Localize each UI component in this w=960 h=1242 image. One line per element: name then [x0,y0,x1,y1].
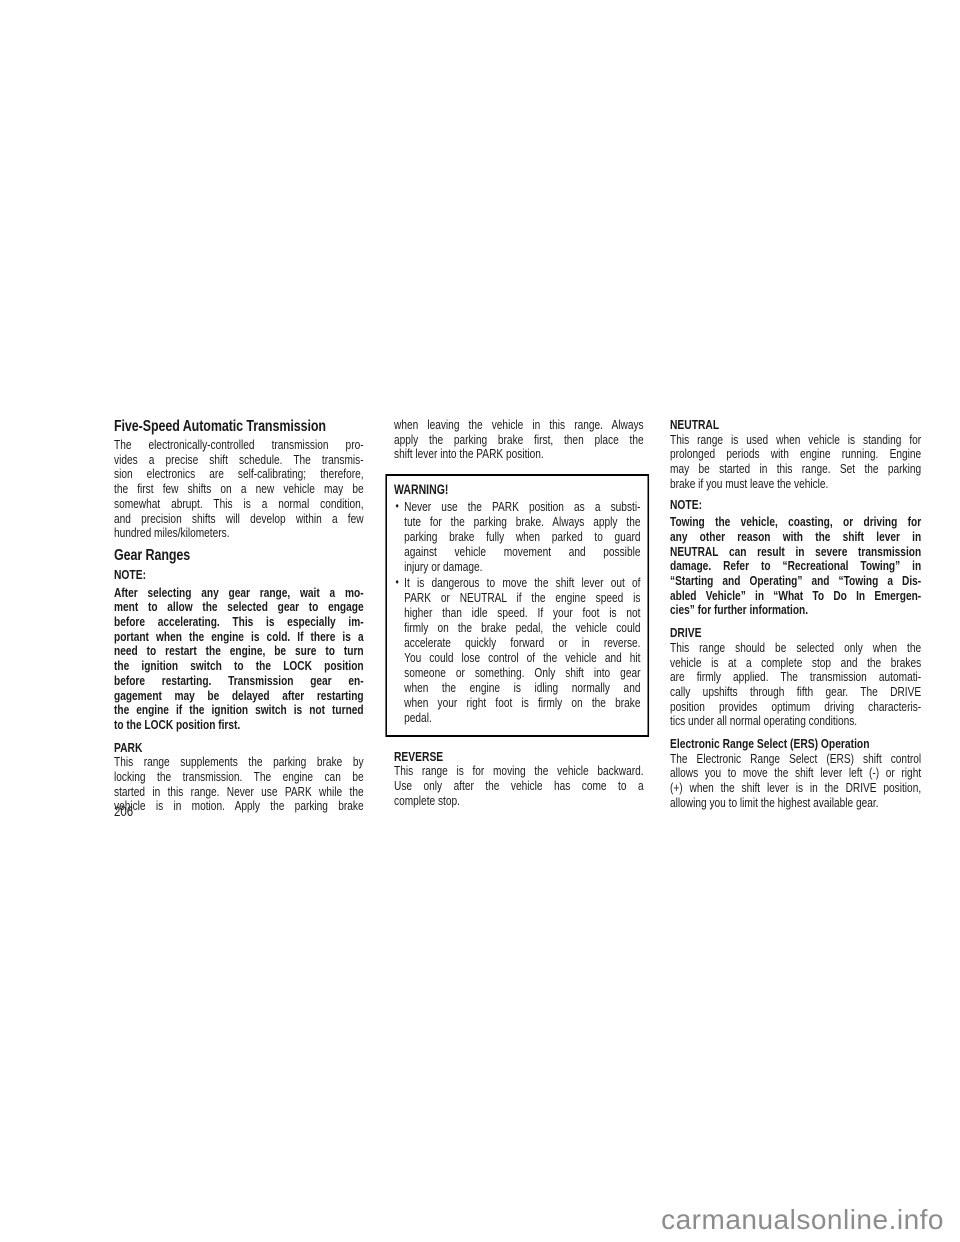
text-line: are firmly applied. The transmission aut… [670,670,921,685]
intro-paragraph: The electronically-controlled transmissi… [114,438,364,541]
text-line: before accelerating. This is especially … [114,615,364,630]
text-line: PARK or NEUTRAL if the engine speed is [404,590,640,605]
park-paragraph: This range supplements the parking brake… [114,755,364,814]
text-line: The Electronic Range Select (ERS) shift … [670,752,921,767]
column-left: Five-Speed Automatic Transmission The el… [114,418,364,814]
text-line: prolonged periods with engine running. E… [670,447,921,462]
text-line: higher than idle speed. If your foot is … [404,605,640,620]
park-paragraph-continued: when leaving the vehicle in this range. … [394,418,644,462]
manual-page: Five-Speed Automatic Transmission The el… [0,0,960,1242]
text-line: Use only after the vehicle has come to a [394,779,644,794]
ers-paragraph: The Electronic Range Select (ERS) shift … [670,752,921,811]
text-line: cies” for further information. [670,603,921,618]
text-line: firmly on the brake pedal, the vehicle c… [404,620,640,635]
text-line: This range is for moving the vehicle bac… [394,764,644,779]
text-line: apply the parking brake first, then plac… [394,433,644,448]
text-line: when the engine is idling normally and [404,680,640,695]
section-heading-gear-ranges: Gear Ranges [114,547,364,564]
text-line: someone or something. Only shift into ge… [404,665,640,680]
text-line: This range supplements the parking brake… [114,755,364,770]
text-line: This range should be selected only when … [670,641,921,656]
towing-note-paragraph: Towing the vehicle, coasting, or driving… [670,515,921,618]
text-line: vehicle is at a complete stop and the br… [670,656,921,671]
text-line: to the LOCK position first. [114,718,364,733]
text-line: abled Vehicle” in “What To Do In Emergen… [670,589,921,604]
text-line: the first few shifts on a new vehicle ma… [114,482,364,497]
text-line: vides a precise shift schedule. The tran… [114,453,364,468]
text-line: This range is used when vehicle is stand… [670,433,921,448]
subheading-neutral: NEUTRAL [670,418,921,433]
warning-bullet-item: • Never use the PARK position as a subst… [394,499,640,574]
warning-bullet-text: Never use the PARK position as a substi-… [404,499,640,574]
text-line: started in this range. Never use PARK wh… [114,785,364,800]
text-line: tute for the parking brake. Always apply… [404,514,640,529]
text-line: complete stop. [394,794,644,809]
section-heading-five-speed: Five-Speed Automatic Transmission [114,418,364,435]
text-line: sion electronics are self-calibrating; t… [114,467,364,482]
text-line: ment to allow the selected gear to engag… [114,600,364,615]
text-line: (+) when the shift lever is in the DRIVE… [670,781,921,796]
text-line: Towing the vehicle, coasting, or driving… [670,515,921,530]
text-line: and precision shifts will develop within… [114,512,364,527]
text-line: hundred miles/kilometers. [114,526,364,541]
column-right: NEUTRAL This range is used when vehicle … [670,418,921,811]
text-line: the engine if the ignition switch is not… [114,703,364,718]
text-line: may be started in this range. Set the pa… [670,462,921,477]
text-line: any other reason with the shift lever in [670,530,921,545]
text-line: cally upshifts through fifth gear. The D… [670,685,921,700]
text-line: need to restart the engine, be sure to t… [114,644,364,659]
text-line: vehicle is in motion. Apply the parking … [114,799,364,814]
text-line: “Starting and Operating” and “Towing a D… [670,574,921,589]
drive-paragraph: This range should be selected only when … [670,641,921,729]
text-line: portant when the engine is cold. If ther… [114,630,364,645]
text-line: somewhat abrupt. This is a normal condit… [114,497,364,512]
text-line: pedal. [404,710,640,725]
note-label: NOTE: [670,498,921,513]
watermark-text: carmanualsonline.info [661,1204,944,1236]
text-line: The electronically-controlled transmissi… [114,438,364,453]
text-line: when leaving the vehicle in this range. … [394,418,644,433]
text-line: injury or damage. [404,559,640,574]
text-line: the ignition switch to the LOCK position [114,659,364,674]
text-line: Never use the PARK position as a substi- [404,499,640,514]
text-line: damage. Refer to “Recreational Towing” i… [670,559,921,574]
text-line: NEUTRAL can result in severe transmissio… [670,545,921,560]
text-line: tics under all normal operating conditio… [670,714,921,729]
text-line: gagement may be delayed after restarting [114,689,364,704]
warning-bullet-text: It is dangerous to move the shift lever … [404,575,640,726]
text-line: shift lever into the PARK position. [394,447,644,462]
text-line: locking the transmission. The engine can… [114,770,364,785]
text-line: It is dangerous to move the shift lever … [404,575,640,590]
text-line: position provides optimum driving charac… [670,700,921,715]
subheading-park: PARK [114,741,364,756]
bullet-icon: • [394,499,404,574]
column-middle: when leaving the vehicle in this range. … [394,418,644,808]
note-label: NOTE: [114,568,364,583]
text-line: when your right foot is firmly on the br… [404,695,640,710]
subheading-drive: DRIVE [670,626,921,641]
reverse-paragraph: This range is for moving the vehicle bac… [394,764,644,808]
warning-title: WARNING! [394,482,640,498]
text-line: allows you to move the shift lever left … [670,766,921,781]
text-line: parking brake fully when parked to guard [404,529,640,544]
subheading-reverse: REVERSE [394,750,644,765]
bullet-icon: • [394,575,404,726]
text-line: before restarting. Transmission gear en- [114,674,364,689]
subheading-ers: Electronic Range Select (ERS) Operation [670,737,921,752]
neutral-paragraph: This range is used when vehicle is stand… [670,433,921,492]
text-line: brake if you must leave the vehicle. [670,477,921,492]
text-line: allowing you to limit the highest availa… [670,796,921,811]
text-line: accelerate quickly forward or in reverse… [404,635,640,650]
warning-box: WARNING! • Never use the PARK position a… [385,474,649,736]
page-number: 206 [114,804,133,819]
text-line: After selecting any gear range, wait a m… [114,586,364,601]
text-line: against vehicle movement and possible [404,544,640,559]
note-paragraph: After selecting any gear range, wait a m… [114,586,364,733]
warning-bullet-item: • It is dangerous to move the shift leve… [394,575,640,726]
text-line: You could lose control of the vehicle an… [404,650,640,665]
